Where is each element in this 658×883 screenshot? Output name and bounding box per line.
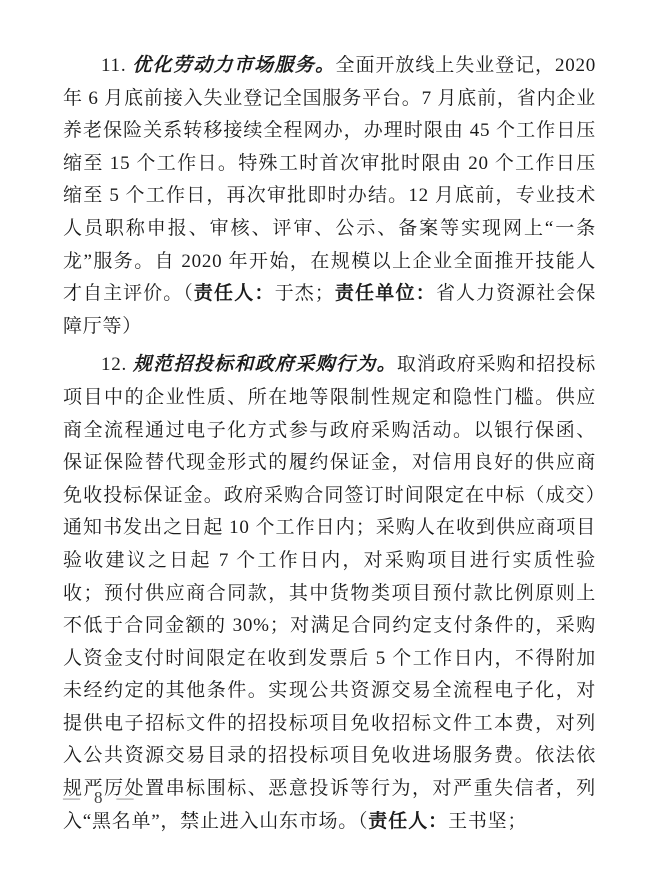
footer-dash-left: — <box>63 788 80 808</box>
responsible-person-label: 责任人： <box>194 283 275 304</box>
responsible-unit-label: 责任单位： <box>335 283 436 304</box>
responsible-person-label: 责任人： <box>368 811 448 832</box>
footer-dash-right: — <box>117 788 134 808</box>
page-number: 8 <box>94 788 103 808</box>
page-footer: — 8 — <box>63 788 134 808</box>
responsibility-open-paren: （ <box>358 811 368 832</box>
paragraph-item-12: 12.规范招投标和政府采购行为。取消政府采购和招投标项目中的企业性质、所在地等限… <box>63 349 596 838</box>
paragraph-heading: 规范招投标和政府采购行为。 <box>133 354 397 375</box>
paragraph-number: 12. <box>101 354 133 375</box>
responsibility-open-paren: （ <box>183 283 194 304</box>
document-content: 11.优化劳动力市场服务。全面开放线上失业登记，2020 年 6 月底前接入失业… <box>63 50 596 838</box>
responsible-person-name: 于杰； <box>275 283 335 304</box>
document-page: 11.优化劳动力市场服务。全面开放线上失业登记，2020 年 6 月底前接入失业… <box>0 0 658 883</box>
paragraph-heading: 优化劳动力市场服务。 <box>132 55 336 76</box>
responsible-person-name: 王书坚； <box>448 811 527 832</box>
paragraph-body: 取消政府采购和招投标项目中的企业性质、所在地等限制性规定和隐性门槛。供应商全流程… <box>63 354 596 831</box>
paragraph-number: 11. <box>101 55 132 76</box>
paragraph-body: 全面开放线上失业登记，2020 年 6 月底前接入失业登记全国服务平台。7 月底… <box>63 55 596 304</box>
paragraph-item-11: 11.优化劳动力市场服务。全面开放线上失业登记，2020 年 6 月底前接入失业… <box>63 50 596 343</box>
